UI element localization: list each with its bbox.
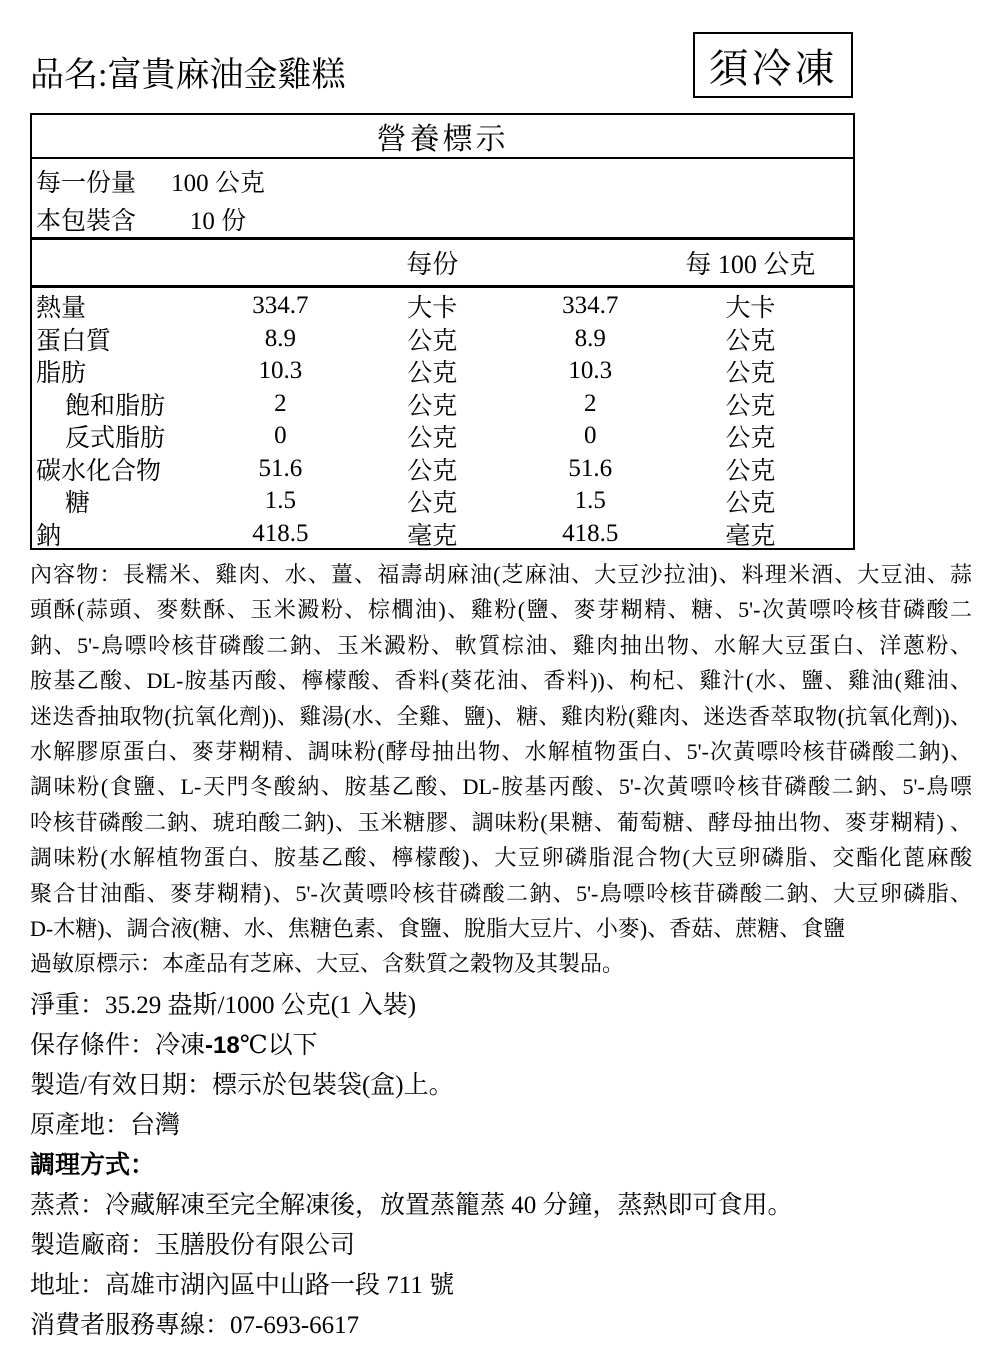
nutrient-unit-per-serving: 公克 [332, 451, 533, 487]
per-100g-header: 每 100 公克 [648, 244, 853, 281]
nutrient-value-per-serving: 334.7 [229, 292, 332, 320]
detail-line-segment: 淨重：35.29 盎斯/1000 公克(1 入裝) [30, 992, 416, 1019]
nutrient-unit-per-serving: 公克 [332, 386, 533, 422]
ingredients-block: 內容物：長糯米、雞肉、水、薑、福壽胡麻油(芝麻油、大豆沙拉油)、料理米酒、大豆油… [30, 557, 972, 982]
nutrient-unit-per-100g: 公克 [648, 353, 853, 389]
nutrient-value-per-100g: 8.9 [533, 325, 648, 353]
nutrient-value-per-100g: 334.7 [533, 292, 648, 320]
serving-row-value: 100 公克 [148, 163, 288, 199]
nutrient-value-per-serving: 8.9 [229, 325, 332, 353]
ingredients-line: 頭酥(蒜頭、麥麩酥、玉米澱粉、棕櫚油)、雞粉(鹽、麥芽糊精、糖、5'-次黃嘌呤核… [30, 592, 972, 627]
frozen-badge-label: 須冷凍 [709, 37, 838, 94]
detail-line: 蒸煮：冷藏解凍至完全解凍後，放置蒸籠蒸 40 分鐘，蒸熱即可食用。 [30, 1186, 972, 1226]
serving-row: 本包裝含 10 份 [32, 200, 853, 238]
product-details-block: 淨重：35.29 盎斯/1000 公克(1 入裝)保存條件：冷凍-18℃以下製造… [30, 986, 972, 1346]
nutrient-unit-per-serving: 公克 [332, 321, 533, 357]
ingredients-line: 迷迭香抽取物(抗氧化劑))、雞湯(水、全雞、鹽)、糖、雞肉粉(雞肉、迷迭香萃取物… [30, 699, 972, 734]
detail-line: 保存條件：冷凍-18℃以下 [30, 1026, 972, 1066]
detail-line: 地址：高雄市湖內區中山路一段 711 號 [30, 1266, 972, 1306]
ingredients-line: 調味粉(食鹽、L-天門冬酸納、胺基乙酸、DL-胺基丙酸、5'-次黃嘌呤核苷磷酸二… [30, 769, 972, 804]
nutrient-value-per-100g: 0 [533, 422, 648, 450]
nutrient-row: 糖 1.5 公克 1.5 公克 [32, 483, 853, 516]
detail-line: 消費者服務專線：07-693-6617 [30, 1306, 972, 1346]
nutrient-value-per-100g: 1.5 [533, 487, 648, 515]
nutrient-name: 飽和脂肪 [32, 386, 229, 422]
detail-line: 淨重：35.29 盎斯/1000 公克(1 入裝) [30, 986, 972, 1026]
nutrient-value-per-100g: 10.3 [533, 357, 648, 385]
frozen-badge: 須冷凍 [693, 32, 853, 98]
nutrient-unit-per-100g: 公克 [648, 386, 853, 422]
ingredients-line: D-木糖)、調合液(糖、水、焦糖色素、食鹽、脫脂大豆片、小麥)、香菇、蔗糖、食鹽 [30, 911, 972, 946]
detail-line: 調理方式： [30, 1146, 972, 1186]
nutrient-value-per-serving: 51.6 [229, 455, 332, 483]
detail-line-segment: 製造/有效日期：標示於包裝袋(盒)上。 [30, 1072, 454, 1099]
nutrition-column-headers: 每份 每 100 公克 [32, 240, 853, 288]
nutrition-table-title: 營養標示 [32, 115, 853, 159]
nutrient-value-per-100g: 51.6 [533, 455, 648, 483]
nutrient-row: 熱量 334.7 大卡 334.7 大卡 [32, 288, 853, 321]
nutrient-name: 熱量 [32, 288, 229, 324]
ingredients-line: 水解膠原蛋白、麥芽糊精、調味粉(酵母抽出物、水解植物蛋白、5'-次黃嘌呤核苷磷酸… [30, 734, 972, 769]
nutrient-row: 蛋白質 8.9 公克 8.9 公克 [32, 321, 853, 354]
nutrient-value-per-100g: 2 [533, 390, 648, 418]
detail-line: 原產地：台灣 [30, 1106, 972, 1146]
serving-row-label: 每一份量 [32, 163, 148, 199]
nutrient-unit-per-100g: 公克 [648, 451, 853, 487]
detail-line-segment: 蒸煮：冷藏解凍至完全解凍後，放置蒸籠蒸 40 分鐘，蒸熱即可食用。 [30, 1192, 793, 1219]
ingredients-line: 呤核苷磷酸二鈉、琥珀酸二鈉)、玉米糖膠、調味粉(果糖、葡萄糖、酵母抽出物、麥芽糊… [30, 805, 972, 840]
nutrition-label-page: 品名:富貴麻油金雞糕 須冷凍 營養標示 每一份量 100 公克 本包裝含 10 … [0, 0, 1000, 1356]
nutrient-unit-per-serving: 毫克 [332, 516, 533, 552]
serving-row-value: 10 份 [148, 201, 288, 237]
nutrient-unit-per-serving: 大卡 [332, 288, 533, 324]
serving-row-label: 本包裝含 [32, 201, 148, 237]
nutrient-name: 碳水化合物 [32, 451, 229, 487]
nutrition-rows: 熱量 334.7 大卡 334.7 大卡 蛋白質 8.9 公克 8.9 公克 脂… [32, 288, 853, 548]
detail-line-segment: 調理方式： [30, 1152, 155, 1179]
ingredients-line: 過敏原標示：本產品有芝麻、大豆、含麩質之穀物及其製品。 [30, 946, 972, 981]
nutrient-unit-per-100g: 毫克 [648, 516, 853, 552]
nutrient-name: 糖 [32, 483, 229, 519]
nutrient-unit-per-serving: 公克 [332, 353, 533, 389]
nutrient-name: 反式脂肪 [32, 418, 229, 454]
detail-line: 製造廠商：玉膳股份有限公司 [30, 1226, 972, 1266]
nutrient-unit-per-100g: 公克 [648, 321, 853, 357]
nutrient-unit-per-100g: 公克 [648, 483, 853, 519]
ingredients-line: 聚合甘油酯、麥芽糊精)、5'-次黃嘌呤核苷磷酸二鈉、5'-鳥嘌呤核苷磷酸二鈉、大… [30, 876, 972, 911]
ingredients-line: 調味粉(水解植物蛋白、胺基乙酸、檸檬酸)、大豆卵磷脂混合物(大豆卵磷脂、交酯化蓖… [30, 840, 972, 875]
detail-line-segment: 地址：高雄市湖內區中山路一段 711 號 [30, 1272, 454, 1299]
detail-line-segment: ℃以下 [240, 1032, 318, 1059]
ingredients-line: 內容物：長糯米、雞肉、水、薑、福壽胡麻油(芝麻油、大豆沙拉油)、料理米酒、大豆油… [30, 557, 972, 592]
nutrient-unit-per-100g: 公克 [648, 418, 853, 454]
detail-line: 製造/有效日期：標示於包裝袋(盒)上。 [30, 1066, 972, 1106]
nutrient-unit-per-serving: 公克 [332, 483, 533, 519]
nutrition-table: 營養標示 每一份量 100 公克 本包裝含 10 份 每份 每 100 公克 熱… [30, 113, 855, 550]
nutrient-value-per-serving: 2 [229, 390, 332, 418]
product-name: 品名:富貴麻油金雞糕 [30, 58, 345, 94]
nutrient-value-per-serving: 10.3 [229, 357, 332, 385]
nutrient-value-per-serving: 0 [229, 422, 332, 450]
serving-row: 每一份量 100 公克 [32, 162, 853, 200]
nutrient-name: 蛋白質 [32, 321, 229, 357]
nutrient-unit-per-serving: 公克 [332, 418, 533, 454]
detail-line-segment: 原產地：台灣 [30, 1112, 180, 1139]
nutrient-name: 鈉 [32, 516, 229, 552]
nutrient-value-per-serving: 418.5 [229, 520, 332, 548]
per-serving-header: 每份 [332, 244, 533, 281]
nutrient-name: 脂肪 [32, 353, 229, 389]
nutrient-row: 脂肪 10.3 公克 10.3 公克 [32, 353, 853, 386]
nutrient-unit-per-100g: 大卡 [648, 288, 853, 324]
nutrient-row: 飽和脂肪 2 公克 2 公克 [32, 386, 853, 419]
detail-line-segment: 保存條件：冷凍 [30, 1032, 205, 1059]
nutrient-value-per-100g: 418.5 [533, 520, 648, 548]
detail-line-segment: 消費者服務專線：07-693-6617 [30, 1312, 359, 1339]
detail-line-segment: 製造廠商：玉膳股份有限公司 [30, 1232, 355, 1259]
detail-line-bold-segment: -18 [205, 1032, 240, 1059]
nutrient-value-per-serving: 1.5 [229, 487, 332, 515]
serving-info: 每一份量 100 公克 本包裝含 10 份 [32, 159, 853, 240]
nutrient-row: 反式脂肪 0 公克 0 公克 [32, 418, 853, 451]
ingredients-line: 鈉、5'-鳥嘌呤核苷磷酸二鈉、玉米澱粉、軟質棕油、雞肉抽出物、水解大豆蛋白、洋蔥… [30, 628, 972, 663]
nutrient-row: 碳水化合物 51.6 公克 51.6 公克 [32, 451, 853, 484]
nutrient-row: 鈉 418.5 毫克 418.5 毫克 [32, 516, 853, 549]
ingredients-line: 胺基乙酸、DL-胺基丙酸、檸檬酸、香料(葵花油、香料))、枸杞、雞汁(水、鹽、雞… [30, 663, 972, 698]
